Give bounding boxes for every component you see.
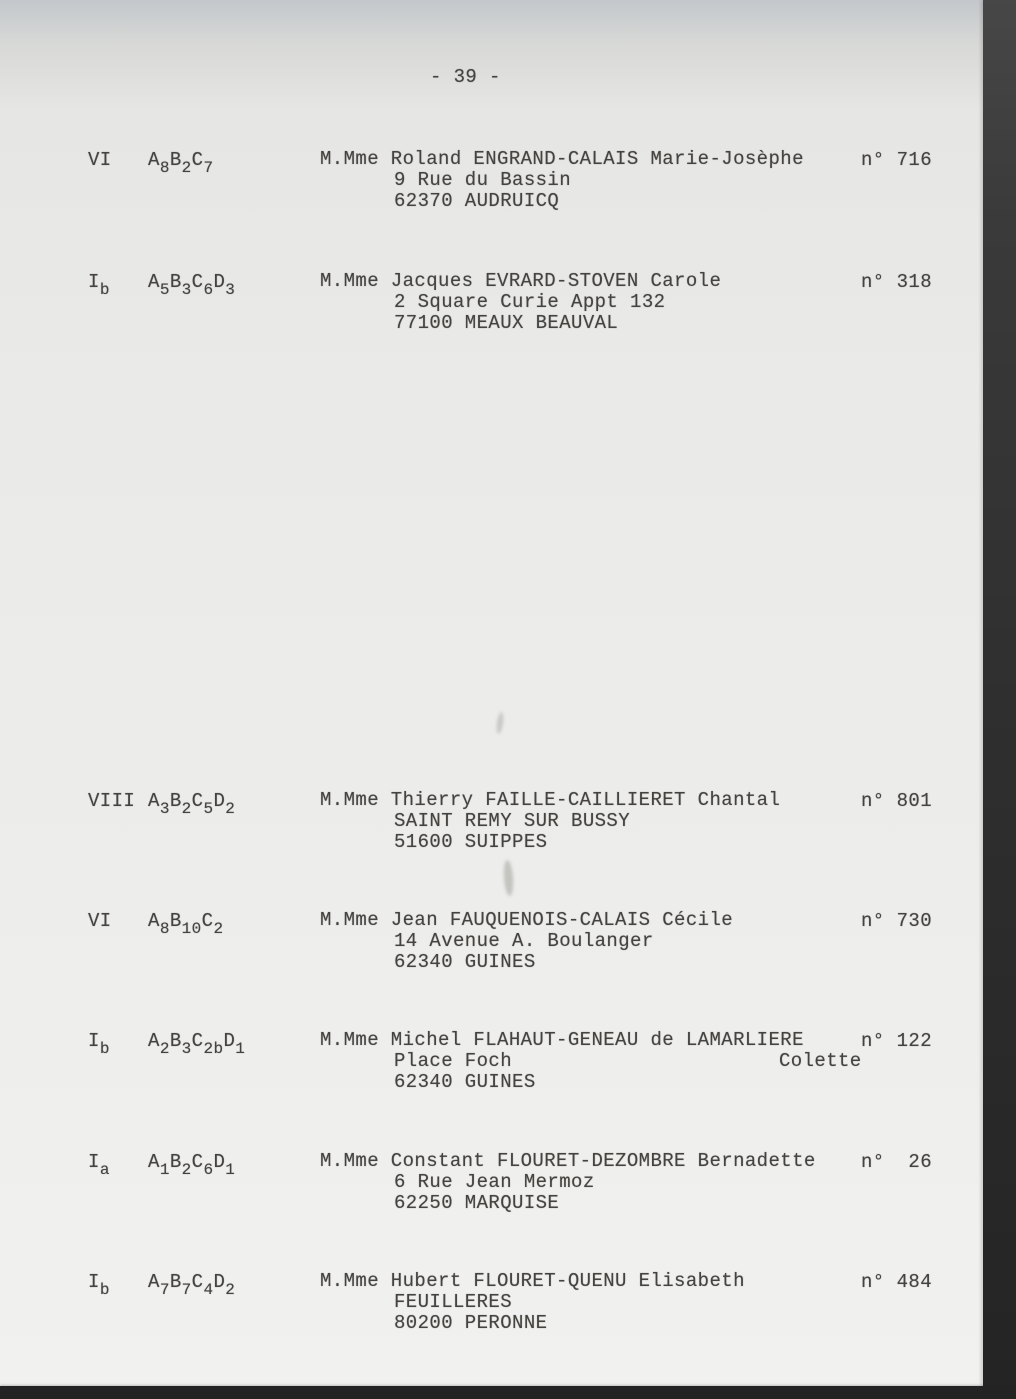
entry-number: n° 801 (861, 790, 932, 812)
category-code: Ib (88, 1030, 110, 1052)
entry-name: M.Mme Thierry FAILLE-CAILLIERET Chantal (320, 790, 780, 811)
classification-code: A8B2C7 (148, 149, 213, 171)
number-value: 122 (897, 1030, 932, 1052)
number-value: 730 (897, 910, 932, 932)
number-label: n° (861, 1151, 885, 1173)
entry-address-line: SAINT REMY SUR BUSSY (320, 811, 780, 832)
category-code: Ia (88, 1151, 110, 1173)
entry-number: n° 26 (861, 1151, 932, 1173)
entry-address-line: FEUILLERES (320, 1292, 745, 1313)
number-value: 318 (897, 271, 932, 293)
entry-name: M.Mme Michel FLAHAUT-GENEAU de LAMARLIER… (320, 1030, 804, 1051)
entry-body: M.Mme Roland ENGRAND-CALAIS Marie-Josèph… (320, 149, 804, 212)
entry-body: M.Mme Hubert FLOURET-QUENU Elisabeth FEU… (320, 1271, 745, 1334)
number-value: 484 (897, 1271, 932, 1293)
entry-address-line: Place FochColette (320, 1051, 804, 1072)
number-label: n° (861, 149, 885, 171)
entry-address-line: 62250 MARQUISE (320, 1193, 816, 1214)
entry-address-line: 80200 PERONNE (320, 1313, 745, 1334)
page-number: - 39 - (430, 66, 501, 88)
number-value: 26 (908, 1151, 932, 1173)
category-code: VI (88, 910, 112, 932)
entry-address-line: 62370 AUDRUICQ (320, 191, 804, 212)
entry-address-line: 14 Avenue A. Boulanger (320, 931, 733, 952)
entry-address-line: 77100 MEAUX BEAUVAL (320, 313, 721, 334)
classification-code: A5B3C6D3 (148, 271, 235, 293)
scan-edge-band-right (983, 0, 1016, 1399)
entry-address-line: 62340 GUINES (320, 1072, 804, 1093)
category-code: VIII (88, 790, 135, 812)
classification-code: A8B10C2 (148, 910, 223, 932)
scanned-document-page: - 39 - VI A8B2C7 M.Mme Roland ENGRAND-CA… (0, 0, 1016, 1399)
category-code: Ib (88, 1271, 110, 1293)
entry-address-line: 51600 SUIPPES (320, 832, 780, 853)
number-value: 801 (897, 790, 932, 812)
entry-body: M.Mme Jean FAUQUENOIS-CALAIS Cécile 14 A… (320, 910, 733, 973)
entry-name: M.Mme Jean FAUQUENOIS-CALAIS Cécile (320, 910, 733, 931)
scan-smudge (495, 712, 504, 735)
entry-name: M.Mme Jacques EVRARD-STOVEN Carole (320, 271, 721, 292)
classification-code: A7B7C4D2 (148, 1271, 235, 1293)
entry-body: M.Mme Michel FLAHAUT-GENEAU de LAMARLIER… (320, 1030, 804, 1093)
entry-address-line: 6 Rue Jean Mermoz (320, 1172, 816, 1193)
number-label: n° (861, 1030, 885, 1052)
category-code: VI (88, 149, 112, 171)
number-label: n° (861, 1271, 885, 1293)
entry-number: n° 716 (861, 149, 932, 171)
entry-number: n° 318 (861, 271, 932, 293)
classification-code: A3B2C5D2 (148, 790, 235, 812)
entry-name: M.Mme Roland ENGRAND-CALAIS Marie-Josèph… (320, 149, 804, 170)
scan-edge-band-bottom (0, 1386, 1016, 1399)
number-value: 716 (897, 149, 932, 171)
number-label: n° (861, 790, 885, 812)
entry-body: M.Mme Jacques EVRARD-STOVEN Carole 2 Squ… (320, 271, 721, 334)
number-label: n° (861, 910, 885, 932)
entry-number: n° 730 (861, 910, 932, 932)
classification-code: A2B3C2bD1 (148, 1030, 245, 1052)
entry-number: n° 484 (861, 1271, 932, 1293)
entry-number: n° 122 (861, 1030, 932, 1052)
category-code: Ib (88, 271, 110, 293)
entry-address-line: 9 Rue du Bassin (320, 170, 804, 191)
entry-name: M.Mme Constant FLOURET-DEZOMBRE Bernadet… (320, 1151, 816, 1172)
entry-address-line: 2 Square Curie Appt 132 (320, 292, 721, 313)
number-label: n° (861, 271, 885, 293)
entry-address-line: 62340 GUINES (320, 952, 733, 973)
classification-code: A1B2C6D1 (148, 1151, 235, 1173)
entry-body: M.Mme Constant FLOURET-DEZOMBRE Bernadet… (320, 1151, 816, 1214)
entry-spouse-name: Colette (779, 1051, 862, 1072)
scan-smudge (503, 860, 514, 897)
entry-name: M.Mme Hubert FLOURET-QUENU Elisabeth (320, 1271, 745, 1292)
entry-body: M.Mme Thierry FAILLE-CAILLIERET Chantal … (320, 790, 780, 853)
